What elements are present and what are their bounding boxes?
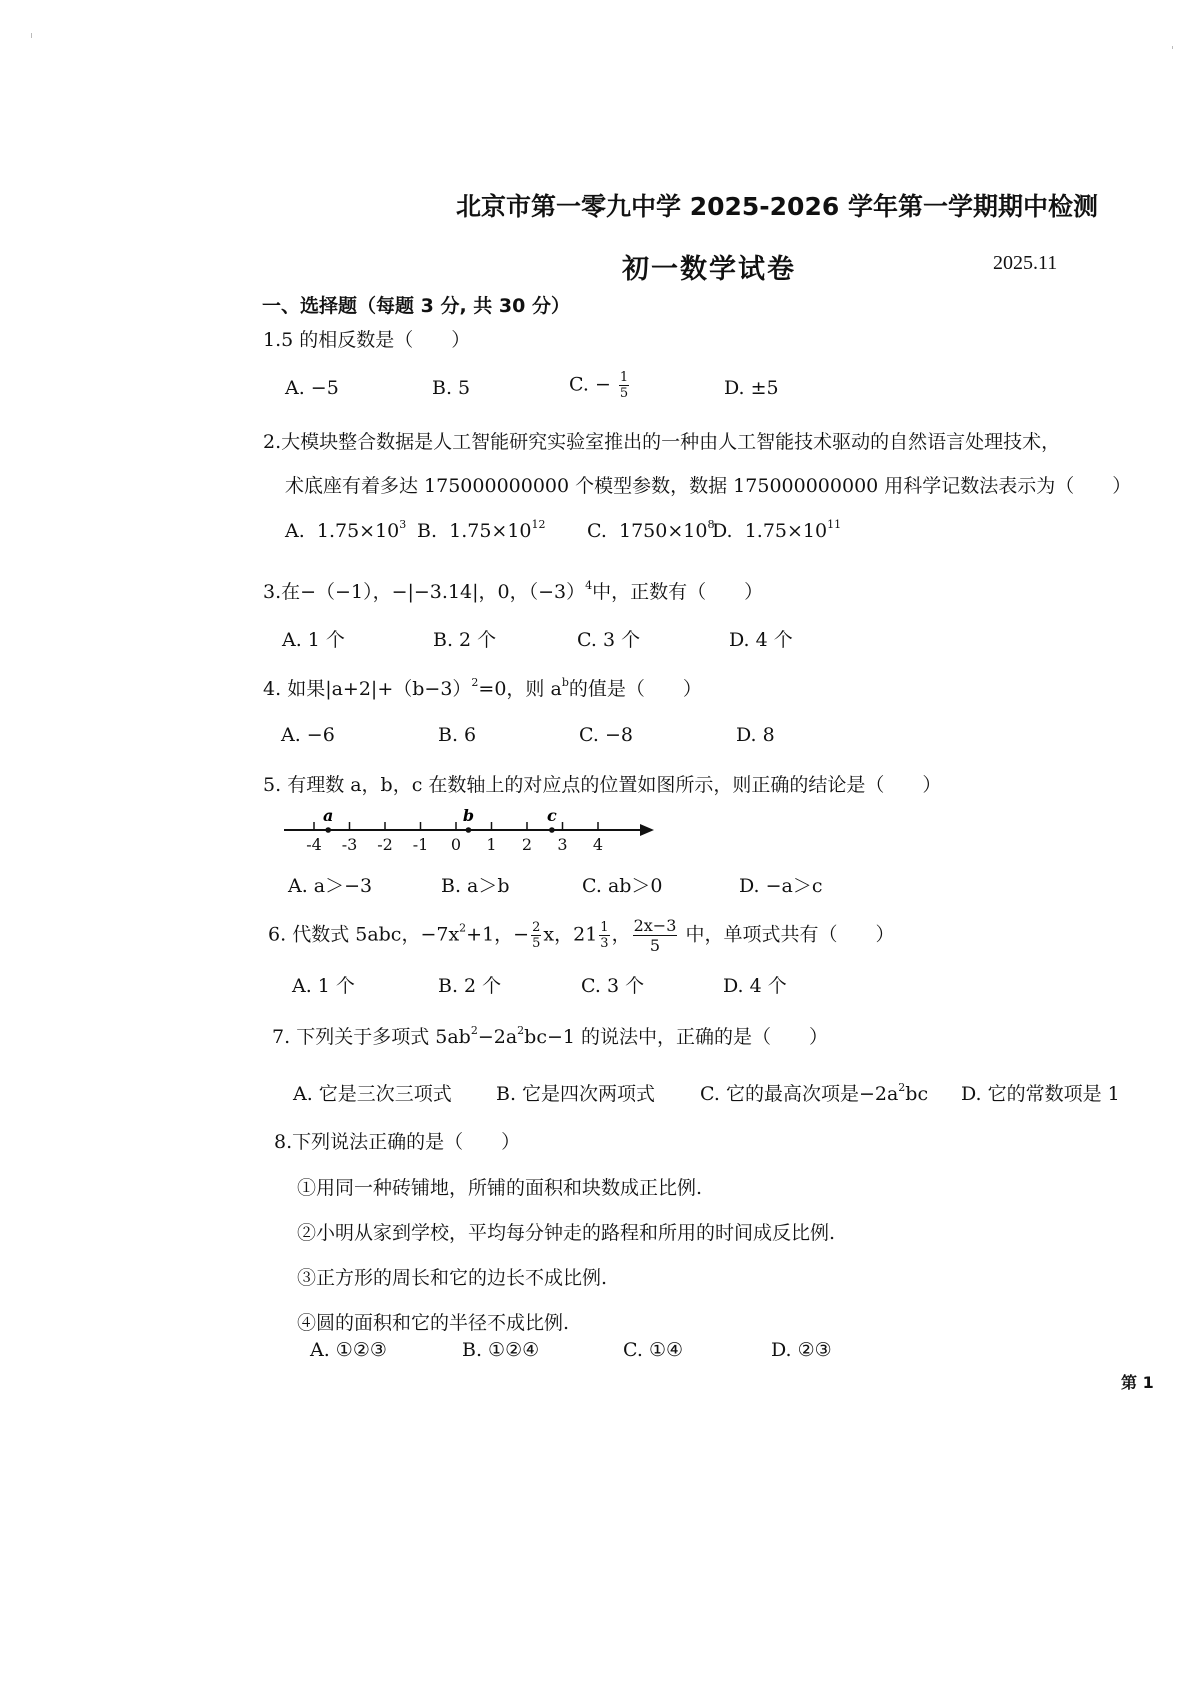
question-text: 中，正数有（ ） (592, 581, 763, 603)
question-number: 8. (274, 1131, 292, 1153)
q3-option-a: A. 1 个 (282, 625, 345, 652)
question-6-stem: 6. 代数式 5abc，−7x2+1，−25x，2113，2x−35 中，单项式… (268, 916, 894, 955)
svg-text:4: 4 (593, 835, 603, 854)
question-number: 3. (263, 581, 281, 603)
question-text: ， (612, 924, 631, 946)
question-text: 5 的相反数是（ ） (281, 329, 470, 351)
q6-option-d: D. 4 个 (723, 971, 787, 998)
q1-option-d: D. ±5 (724, 377, 779, 399)
q5-option-a: A. a＞−3 (288, 871, 372, 898)
svg-text:c: c (547, 806, 557, 825)
q6-option-a: A. 1 个 (292, 971, 355, 998)
point-a (325, 827, 331, 833)
question-number: 1. (263, 329, 281, 351)
q4-option-b: B. 6 (438, 724, 476, 746)
page-number: 第 1 (1121, 1370, 1154, 1393)
option-base: 1750×10 (619, 520, 707, 542)
exponent: 2 (471, 1024, 478, 1037)
q8-statement-3: ③正方形的周长和它的边长不成比例. (297, 1263, 607, 1290)
q2-option-d: D. 1.75×1011 (712, 520, 841, 542)
q1-option-a: A. −5 (285, 377, 339, 399)
fraction: 15 (619, 370, 629, 401)
option-base: 1.75×10 (745, 520, 827, 542)
q8-option-c: C. ①④ (623, 1339, 683, 1361)
scan-speck (31, 33, 32, 38)
svg-text:1: 1 (486, 835, 496, 854)
q5-option-d: D. −a＞c (739, 871, 823, 898)
q7-option-a: A. 它是三次三项式 (293, 1079, 452, 1106)
q2-option-c: C. 1750×108 (587, 520, 714, 542)
number-line-diagram: -4-3-2-101234 abc (280, 805, 660, 860)
question-text: 代数式 5abc，−7x (292, 924, 459, 946)
option-label: B. (417, 520, 437, 542)
arrow-icon (640, 824, 654, 836)
q3-option-c: C. 3 个 (577, 625, 640, 652)
question-text: 在−（−1），−|−3.14|，0，（−3） (281, 581, 585, 603)
school-title: 北京市第一零九中学 2025-2026 学年第一学期期中检测 (456, 187, 1098, 223)
question-text: 下列说法正确的是（ ） (292, 1131, 520, 1153)
question-1-stem: 1.5 的相反数是（ ） (263, 325, 470, 352)
q7-option-c: C. 它的最高次项是−2a2bc (700, 1079, 928, 1106)
svg-text:-2: -2 (377, 835, 393, 854)
question-number: 4. (263, 678, 281, 700)
question-text: 中，单项式共有（ ） (685, 924, 894, 946)
q4-option-c: C. −8 (579, 724, 633, 746)
q8-option-b: B. ①②④ (462, 1339, 539, 1361)
scan-speck (1172, 46, 1173, 49)
question-8-stem: 8.下列说法正确的是（ ） (274, 1127, 520, 1154)
question-text: 如果|a+2|+（b−3） (287, 678, 471, 700)
question-text: 下列关于多项式 5ab (296, 1026, 471, 1048)
option-label: C. (587, 520, 607, 542)
question-text: 有理数 a，b，c 在数轴上的对应点的位置如图所示，则正确的结论是（ ） (287, 774, 941, 796)
exponent: 12 (532, 518, 546, 531)
q8-option-d: D. ②③ (771, 1339, 832, 1361)
q4-option-a: A. −6 (281, 724, 335, 746)
q2-option-b: B. 1.75×1012 (417, 520, 546, 542)
fraction: 25 (531, 920, 541, 951)
question-7-stem: 7. 下列关于多项式 5ab2−2a2bc−1 的说法中，正确的是（ ） (272, 1022, 828, 1049)
option-label: A. (285, 520, 305, 542)
question-5-stem: 5. 有理数 a，b，c 在数轴上的对应点的位置如图所示，则正确的结论是（ ） (263, 770, 941, 797)
option-base: 1.75×10 (317, 520, 399, 542)
question-4-stem: 4. 如果|a+2|+（b−3）2=0，则 ab的值是（ ） (263, 674, 702, 701)
point-c (549, 827, 555, 833)
svg-text:-1: -1 (413, 835, 429, 854)
question-text: x，21 (543, 924, 597, 946)
question-text: bc−1 的说法中，正确的是（ ） (524, 1026, 828, 1048)
q8-statement-4: ④圆的面积和它的半径不成比例. (297, 1308, 569, 1335)
q4-option-d: D. 8 (736, 724, 775, 746)
question-text: =0，则 a (478, 678, 561, 700)
question-text: −2a (478, 1026, 517, 1048)
q2-option-a: A. 1.75×103 (285, 520, 406, 542)
question-text: 大模块整合数据是人工智能研究实验室推出的一种由人工智能技术驱动的自然语言处理技术… (281, 431, 1060, 453)
question-2-stem-line2: 术底座有着多达 175000000000 个模型参数，数据 1750000000… (285, 471, 1131, 498)
q3-option-b: B. 2 个 (433, 625, 496, 652)
fraction: 13 (599, 920, 609, 951)
q1-option-b: B. 5 (432, 377, 470, 399)
fraction: 2x−35 (633, 916, 678, 955)
question-3-stem: 3.在−（−1），−|−3.14|，0，（−3）4中，正数有（ ） (263, 577, 763, 604)
svg-text:3: 3 (557, 835, 567, 854)
exponent: b (562, 676, 569, 689)
q6-option-c: C. 3 个 (581, 971, 644, 998)
question-number: 5. (263, 774, 281, 796)
q6-option-b: B. 2 个 (438, 971, 501, 998)
option-text: C. − (569, 374, 611, 396)
section-heading: 一、选择题（每题 3 分, 共 30 分） (262, 291, 570, 318)
question-number: 6. (268, 924, 286, 946)
svg-text:2: 2 (522, 835, 532, 854)
svg-text:0: 0 (451, 835, 461, 854)
exam-title: 初一数学试卷 (622, 247, 796, 286)
q7-option-b: B. 它是四次两项式 (496, 1079, 655, 1106)
svg-text:-3: -3 (342, 835, 358, 854)
q1-option-c: C. − 15 (569, 370, 631, 401)
point-b (466, 827, 472, 833)
option-text: C. 它的最高次项是−2a (700, 1083, 898, 1105)
svg-text:-4: -4 (306, 835, 322, 854)
exam-date: 2025.11 (993, 252, 1057, 275)
q8-statement-2: ②小明从家到学校，平均每分钟走的路程和所用的时间成反比例. (297, 1218, 835, 1245)
option-label: D. (712, 520, 733, 542)
svg-text:a: a (323, 806, 333, 825)
exponent: 3 (399, 518, 406, 531)
question-2-stem-line1: 2.大模块整合数据是人工智能研究实验室推出的一种由人工智能技术驱动的自然语言处理… (263, 427, 1060, 454)
exponent: 11 (827, 518, 841, 531)
svg-text:b: b (463, 806, 474, 825)
q8-option-a: A. ①②③ (310, 1339, 387, 1361)
option-text: bc (905, 1083, 928, 1105)
q5-option-b: B. a＞b (441, 871, 510, 898)
q3-option-d: D. 4 个 (729, 625, 793, 652)
option-base: 1.75×10 (449, 520, 531, 542)
q8-statement-1: ①用同一种砖铺地，所铺的面积和块数成正比例. (297, 1173, 702, 1200)
question-number: 7. (272, 1026, 290, 1048)
question-text: +1，− (466, 924, 529, 946)
q7-option-d: D. 它的常数项是 1 (961, 1079, 1120, 1106)
question-text: 的值是（ ） (569, 678, 702, 700)
question-number: 2. (263, 431, 281, 453)
q5-option-c: C. ab＞0 (582, 871, 663, 898)
